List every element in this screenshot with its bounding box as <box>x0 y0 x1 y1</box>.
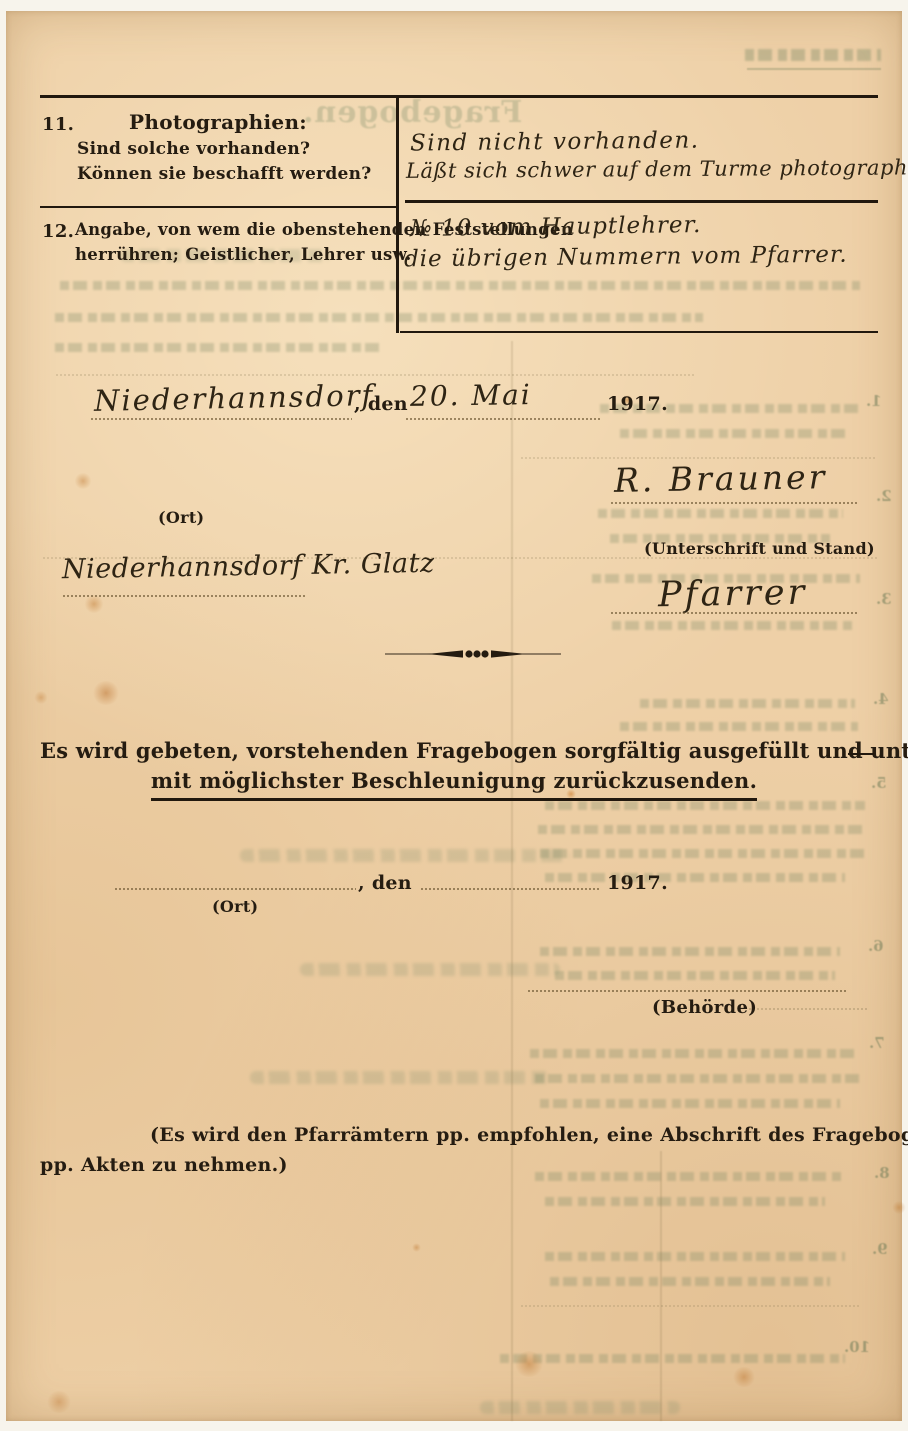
place-handwritten: Niederhannsdorf <box>94 378 375 418</box>
foxing-stain <box>732 1367 756 1387</box>
showthrough-number-mirrored: 5. <box>871 774 887 792</box>
showthrough-rule <box>55 374 695 376</box>
notice-line-1: Es wird gebeten, vorstehenden Fragebogen… <box>40 738 868 763</box>
showthrough-smudge-line <box>545 1252 845 1261</box>
item-11-answer-line-1: Sind nicht vorhanden. <box>410 127 700 156</box>
foxing-stain <box>92 681 120 705</box>
showthrough-number-mirrored: 7. <box>869 1034 885 1052</box>
showthrough-number-mirrored: 2. <box>876 487 892 505</box>
showthrough-number-mirrored: 4. <box>873 690 889 708</box>
ort-label: (Ort) <box>158 508 204 527</box>
place-full-dotted-line <box>62 595 306 597</box>
notice-line-2-underlined: mit möglichster Beschleunigung zurückzus… <box>151 768 757 801</box>
behoerde-label: (Behörde) <box>652 997 757 1018</box>
divider-ornament <box>383 647 563 661</box>
showthrough-stamp-underline <box>747 68 881 70</box>
showthrough-rule <box>520 1305 860 1307</box>
showthrough-handwriting-smudge <box>480 1401 680 1414</box>
showthrough-smudge-line <box>555 971 835 980</box>
item-11-heading: Photographien: <box>40 110 396 134</box>
showthrough-number-mirrored: 10. <box>844 1338 870 1356</box>
blank-date-dotted-line <box>420 888 600 890</box>
showthrough-smudge-line <box>540 1099 840 1108</box>
showthrough-handwriting-smudge <box>250 1071 550 1084</box>
showthrough-smudge-line <box>60 281 860 290</box>
unterschrift-stand-label: (Unterschrift und Stand) <box>644 539 875 558</box>
blank-place-dotted-line <box>114 888 356 890</box>
blank-den-label: , den <box>358 872 412 894</box>
blank-year-printed: 1917. <box>607 872 668 894</box>
crease-line <box>511 341 513 1421</box>
signature-dotted-line <box>610 502 858 504</box>
table-border-vertical <box>396 95 399 333</box>
item-12-answer-line-2: die übrigen Nummern vom Pfarrer. <box>404 242 848 273</box>
foxing-stain <box>74 473 92 489</box>
crease-line <box>660 1151 662 1421</box>
showthrough-rule <box>748 1008 868 1010</box>
table-border-middle-left <box>40 206 396 208</box>
footer-note-line-1: (Es wird den Pfarrämtern pp. empfohlen, … <box>150 1124 908 1146</box>
showthrough-smudge-line <box>538 825 868 834</box>
showthrough-smudge-line <box>550 1277 830 1286</box>
showthrough-smudge-line <box>598 509 843 518</box>
notice-line-2: mit möglichster Beschleunigung zurückzus… <box>40 768 868 801</box>
showthrough-smudge-line <box>620 722 858 731</box>
showthrough-smudge-line <box>545 1197 825 1206</box>
showthrough-smudge-line <box>620 429 848 438</box>
showthrough-smudge-line <box>745 49 881 61</box>
showthrough-smudge-line <box>535 1172 845 1181</box>
showthrough-number-mirrored: 6. <box>868 937 884 955</box>
den-label: , den <box>354 393 408 415</box>
rank-handwritten: Pfarrer <box>658 573 808 616</box>
place-dotted-line <box>90 418 352 420</box>
foxing-stain <box>412 1243 421 1252</box>
foxing-stain <box>34 691 48 704</box>
date-dotted-line <box>405 418 601 420</box>
showthrough-smudge-line <box>535 1074 860 1083</box>
showthrough-smudge-line <box>540 947 840 956</box>
showthrough-number-mirrored: 9. <box>872 1240 888 1258</box>
table-border-middle-right <box>405 200 878 203</box>
table-border-top <box>40 95 878 98</box>
showthrough-smudge-line <box>640 699 855 708</box>
foxing-stain <box>84 595 104 613</box>
foxing-stain <box>46 1391 72 1413</box>
date-handwritten: 20. Mai <box>410 378 532 413</box>
showthrough-number-mirrored: 8. <box>874 1164 890 1182</box>
showthrough-smudge-line <box>612 621 852 630</box>
showthrough-smudge-line <box>545 801 865 810</box>
showthrough-smudge-line <box>545 873 845 882</box>
blank-ort-label: (Ort) <box>212 897 258 916</box>
showthrough-smudge-line <box>500 1354 845 1363</box>
place-full-handwritten: Niederhannsdorf Kr. Glatz <box>62 548 435 585</box>
item-12-label-line-2: herrühren; Geistlicher, Lehrer usw. <box>75 245 412 264</box>
item-11-answer-line-2: Läßt sich schwer auf dem Turme photograp… <box>406 155 908 183</box>
showthrough-number-mirrored: 3. <box>876 590 892 608</box>
showthrough-smudge-line <box>540 849 865 858</box>
notice-line-1-trailing-dash <box>848 753 874 755</box>
signature-name-handwritten: R. Brauner <box>614 457 828 500</box>
showthrough-smudge-line <box>530 1049 860 1058</box>
foxing-stain <box>514 1351 544 1377</box>
footer-note-line-2: pp. Akten zu nehmen.) <box>40 1154 288 1176</box>
behoerde-dotted-line <box>527 990 847 992</box>
showthrough-handwriting-smudge <box>300 963 560 976</box>
rank-dotted-line <box>610 612 858 614</box>
item-11-question-1: Sind solche vorhanden? <box>77 139 310 159</box>
showthrough-handwriting-smudge <box>240 849 570 862</box>
foxing-stain <box>892 1201 906 1214</box>
showthrough-smudge-line <box>55 313 703 322</box>
scanned-paper-page: Fragebogen. 1. 2. 3. 4. 5. 6. 7. 8. 9. 1… <box>6 11 902 1421</box>
item-12-number: 12. <box>42 221 74 242</box>
table-border-bottom-right <box>400 331 878 333</box>
year-printed: 1917. <box>607 393 668 415</box>
item-11-question-2: Können sie beschafft werden? <box>77 164 372 184</box>
showthrough-smudge-line <box>55 343 385 352</box>
item-12-answer-line-1: № 10 vom Hauptlehrer. <box>410 212 702 242</box>
showthrough-number-mirrored: 1. <box>866 392 882 410</box>
